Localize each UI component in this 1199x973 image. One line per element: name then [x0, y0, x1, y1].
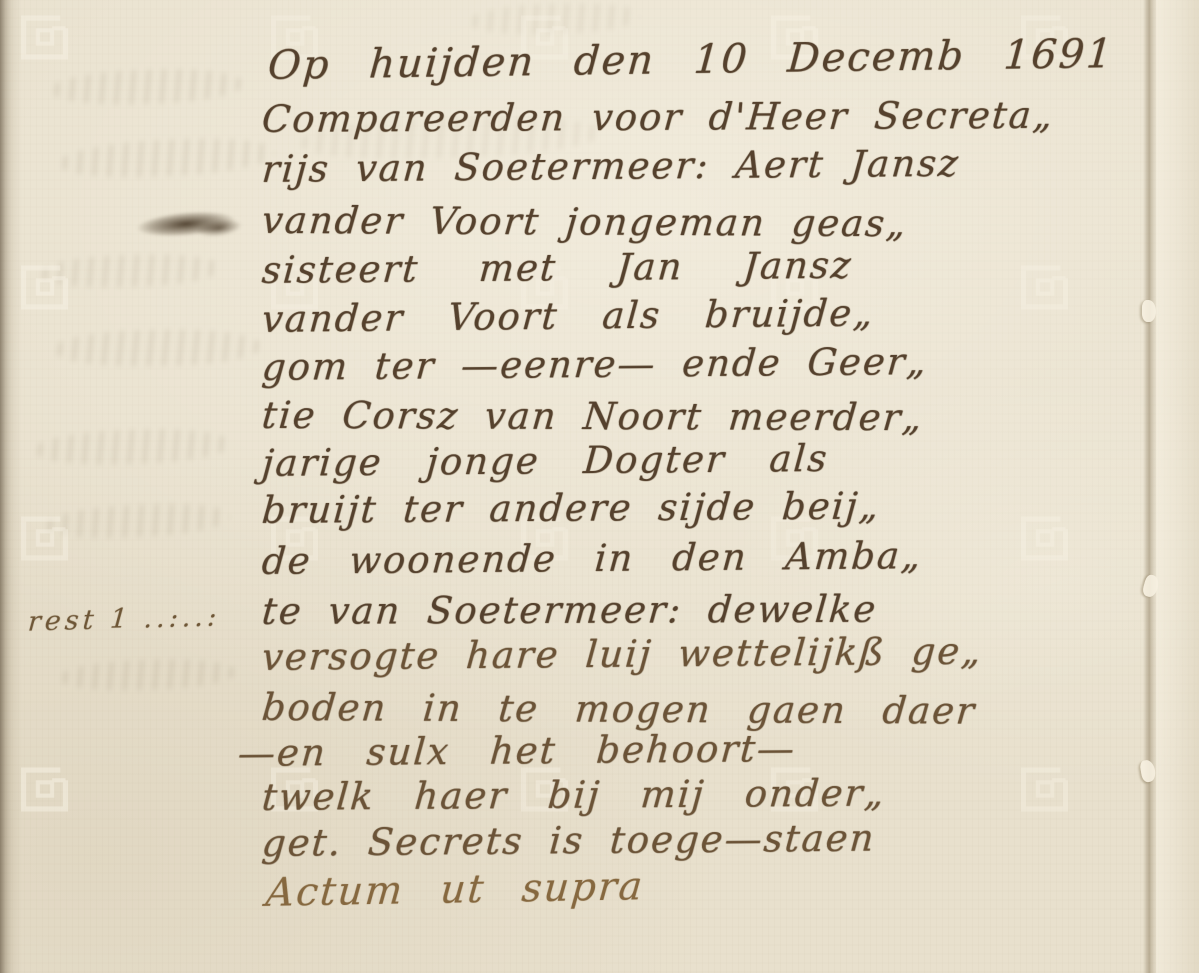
manuscript-line: versogte hare luij wettelijkß ge„ — [260, 628, 984, 682]
right-page-edge — [1156, 0, 1199, 973]
archive-watermark-icon — [1024, 770, 1066, 809]
manuscript-line: de woonende in den Amba„ — [260, 532, 924, 586]
manuscript-line: gom ter —eenre— ende Geer„ — [260, 338, 930, 392]
bleedthrough-text — [44, 500, 230, 542]
manuscript-line: Actum ut supra — [264, 863, 646, 918]
manuscript-line: Compareerden voor d'Heer Secreta„ — [260, 92, 1056, 144]
manuscript-line: vander Voort als bruijde„ — [260, 290, 876, 344]
edge-notch — [1142, 300, 1156, 322]
manuscript-line: jarige jonge Dogter als — [260, 435, 830, 488]
manuscript-page: rest 1 ..:..: Op huijden den 10 Decemb 1… — [0, 0, 1199, 973]
bleedthrough-text — [60, 657, 236, 693]
manuscript-line: bruijt ter andere sijde beij„ — [260, 483, 882, 535]
manuscript-line: Op huijden den 10 Decemb 1691 — [266, 30, 1115, 90]
book-gutter-shadow — [0, 0, 22, 973]
manuscript-line: sisteert met Jan Jansz — [260, 242, 854, 295]
archive-watermark-icon — [1024, 519, 1066, 558]
bleedthrough-text — [34, 427, 230, 468]
bleedthrough-text — [470, 1, 641, 37]
margin-note: rest 1 ..:..: — [27, 601, 222, 637]
manuscript-line: vander Voort jongeman geas„ — [260, 197, 910, 248]
archive-watermark-icon — [24, 770, 66, 809]
bleedthrough-text — [59, 134, 276, 181]
bleedthrough-text — [39, 252, 220, 290]
bleedthrough-text — [55, 328, 261, 368]
manuscript-line: rijs van Soetermeer: Aert Jansz — [260, 140, 961, 194]
bleedthrough-text — [51, 67, 242, 108]
page-crease — [1143, 0, 1157, 973]
manuscript-line: get. Secrets is toege—staen — [260, 815, 877, 868]
archive-watermark-icon — [24, 18, 66, 57]
manuscript-line: twelk haer bij mij onder„ — [260, 770, 887, 822]
archive-watermark-icon — [1024, 268, 1066, 307]
